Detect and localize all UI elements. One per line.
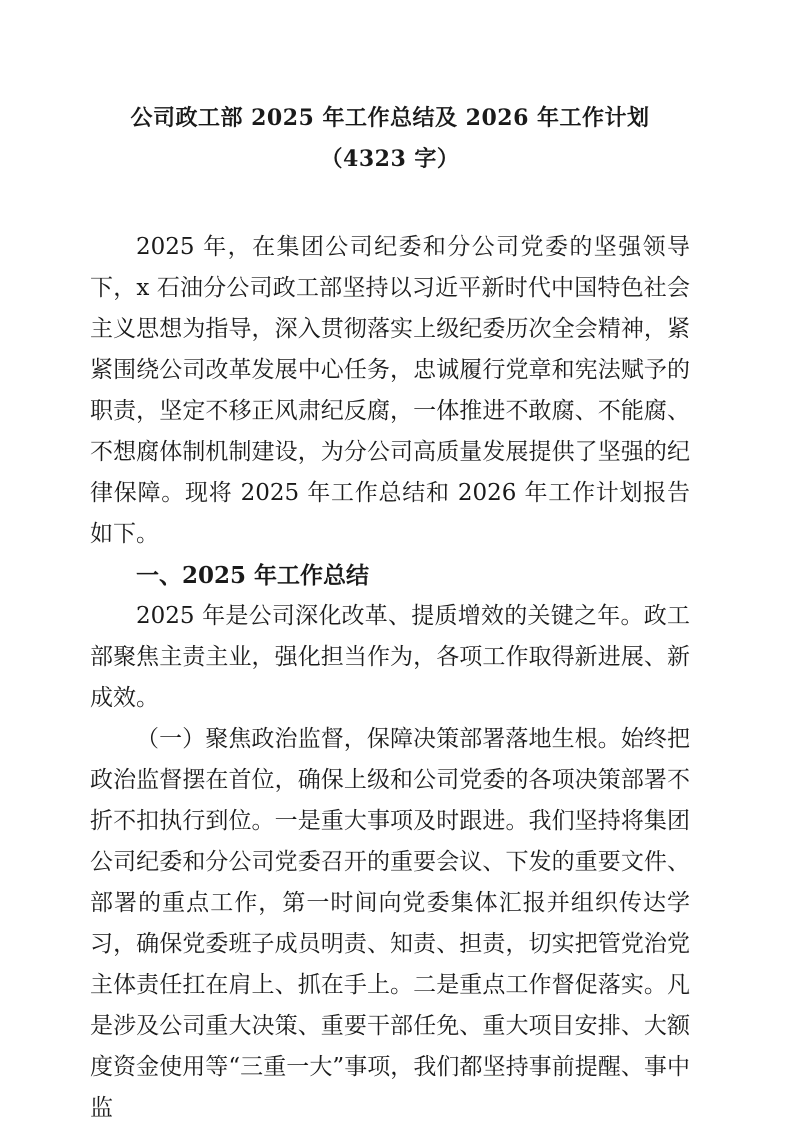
intro-paragraph: 2025 年，在集团公司纪委和分公司党委的坚强领导下，x 石油分公司政工部坚持以… bbox=[90, 227, 690, 555]
section-1-heading: 一、2025 年工作总结 bbox=[90, 555, 690, 596]
section-1-overview-paragraph: 2025 年是公司深化改革、提质增效的关键之年。政工部聚焦主责主业，强化担当作为… bbox=[90, 596, 690, 719]
document-content: 公司政工部 2025 年工作总结及 2026 年工作计划（4323 字） 202… bbox=[0, 0, 793, 1122]
document-page: 公司政工部 2025 年工作总结及 2026 年工作计划（4323 字） 202… bbox=[0, 0, 793, 1122]
section-1-detail-paragraph: （一）聚焦政治监督，保障决策部署落地生根。始终把政治监督摆在首位，确保上级和公司… bbox=[90, 719, 690, 1122]
document-title: 公司政工部 2025 年工作总结及 2026 年工作计划（4323 字） bbox=[90, 98, 690, 180]
